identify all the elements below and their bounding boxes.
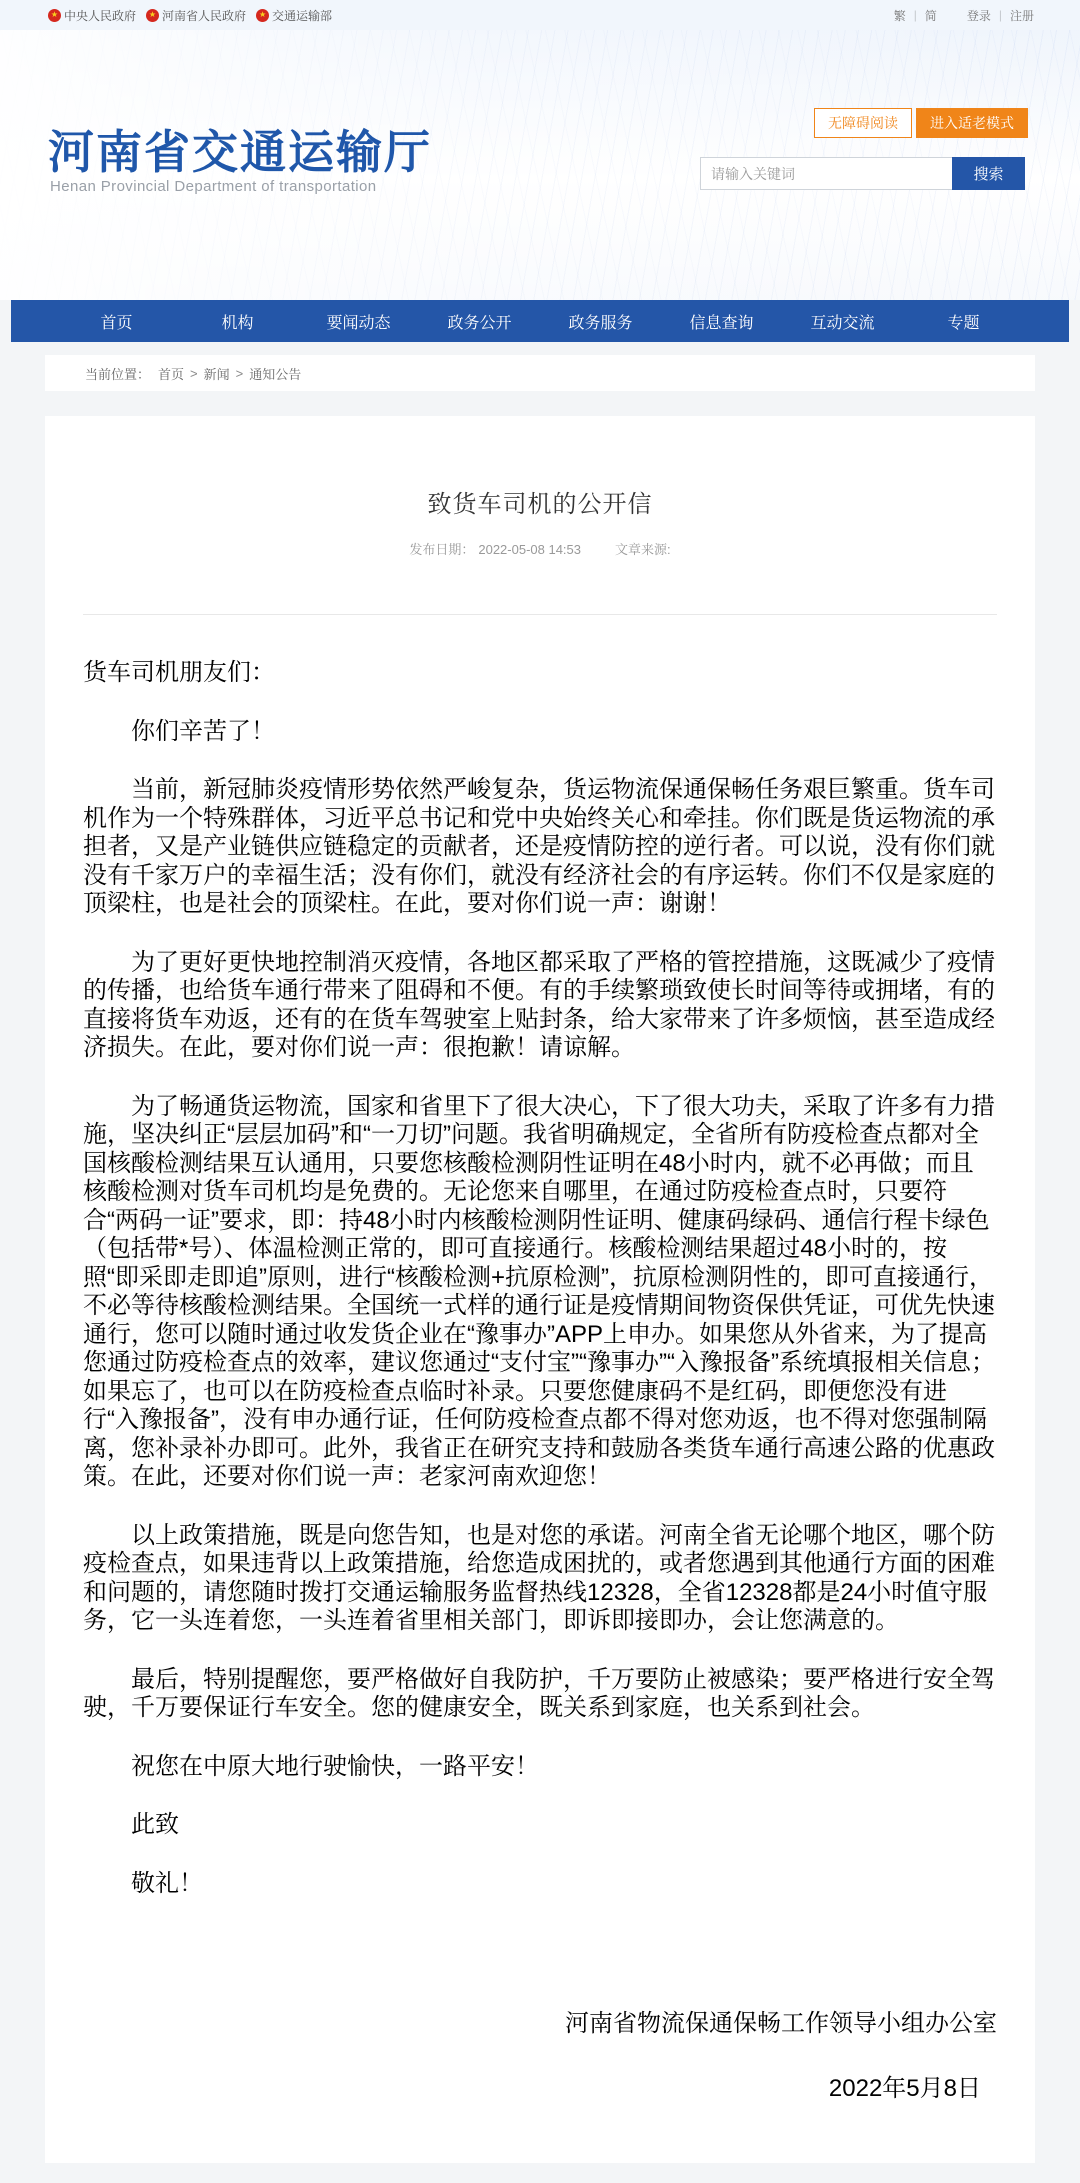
letter-salutation: 货车司机朋友们： xyxy=(83,659,997,688)
topbar-right: 繁 | 简 登录 | 注册 xyxy=(888,7,1040,24)
source-label: 文章来源: xyxy=(615,542,671,557)
divider-line xyxy=(83,614,997,615)
search-bar: 搜索 xyxy=(700,157,1025,190)
nav-item[interactable]: 互动交流 xyxy=(782,310,903,333)
national-emblem-icon: ★ xyxy=(256,9,269,22)
letter-paragraphs: 你们辛苦了！ 当前，新冠肺炎疫情形势依然严峻复杂，货运物流保通保畅任务艰巨繁重。… xyxy=(83,718,997,1899)
publish-date-value: 2022-05-08 14:53 xyxy=(478,542,581,557)
mode-buttons: 无障碍阅读 进入适老模式 xyxy=(814,108,1028,138)
national-emblem-icon: ★ xyxy=(48,9,61,22)
site-header: 河南省交通运输厅 Henan Provincial Department of … xyxy=(0,30,1080,300)
gov-links: ★ 中央人民政府 ★ 河南省人民政府 ★ 交通运输部 xyxy=(48,7,342,24)
login-link[interactable]: 登录 xyxy=(967,7,991,24)
article-card: 致货车司机的公开信 发布日期：2022-05-08 14:53文章来源: 货车司… xyxy=(45,416,1035,2163)
gov-link-label: 中央人民政府 xyxy=(64,7,136,24)
gov-link[interactable]: ★ 交通运输部 xyxy=(256,7,332,24)
letter-paragraph: 敬礼！ xyxy=(83,1870,997,1899)
letter-paragraph: 以上政策措施，既是向您告知，也是对您的承诺。河南全省无论哪个地区，哪个防疫检查点… xyxy=(83,1522,997,1636)
nav-item[interactable]: 首页 xyxy=(56,310,177,333)
nav-item[interactable]: 政务公开 xyxy=(419,310,540,333)
letter-paragraph: 最后，特别提醒您，要严格做好自我防护，千万要防止被感染；要严格进行安全驾驶，千万… xyxy=(83,1666,997,1723)
gov-link-label: 河南省人民政府 xyxy=(162,7,246,24)
register-link[interactable]: 注册 xyxy=(1010,7,1034,24)
lang-traditional-link[interactable]: 繁 xyxy=(894,7,906,24)
letter-signature: 河南省物流保通保畅工作领导小组办公室 xyxy=(83,2010,997,2039)
lang-simplified-link[interactable]: 简 xyxy=(925,7,937,24)
nav-item[interactable]: 信息查询 xyxy=(661,310,782,333)
article-meta: 发布日期：2022-05-08 14:53文章来源: xyxy=(83,539,997,558)
elder-mode-button[interactable]: 进入适老模式 xyxy=(916,108,1028,138)
letter-paragraph: 此致 xyxy=(83,1811,997,1840)
letter-paragraph: 为了更好更快地控制消灭疫情，各地区都采取了严格的管控措施，这既减少了疫情的传播，… xyxy=(83,949,997,1063)
search-button[interactable]: 搜索 xyxy=(952,157,1025,190)
publish-date-label: 发布日期： xyxy=(409,542,474,557)
article-title: 致货车司机的公开信 xyxy=(83,484,997,519)
letter-paragraph: 为了畅通货运物流，国家和省里下了很大决心，下了很大功夫，采取了许多有力措施，坚决… xyxy=(83,1093,997,1492)
top-utility-bar: ★ 中央人民政府 ★ 河南省人民政府 ★ 交通运输部 繁 | 简 登录 | 注册 xyxy=(0,0,1080,30)
gov-link-label: 交通运输部 xyxy=(272,7,332,24)
breadcrumb-separator: > xyxy=(236,366,244,381)
nav-item[interactable]: 要闻动态 xyxy=(298,310,419,333)
main-nav: 首页 机构 要闻动态 政务公开 政务服务 信息查询 互动交流 专题 xyxy=(11,300,1069,342)
letter-paragraph: 你们辛苦了！ xyxy=(83,718,997,747)
article-body: 货车司机朋友们： 你们辛苦了！ 当前，新冠肺炎疫情形势依然严峻复杂，货运物流保通… xyxy=(83,659,997,2103)
accessibility-reading-button[interactable]: 无障碍阅读 xyxy=(814,108,912,138)
gov-link[interactable]: ★ 中央人民政府 xyxy=(48,7,136,24)
breadcrumb-prefix: 当前位置： xyxy=(85,364,150,383)
site-subtitle: Henan Provincial Department of transport… xyxy=(50,178,377,195)
breadcrumb-link[interactable]: 通知公告 xyxy=(249,364,301,383)
nav-item[interactable]: 机构 xyxy=(177,310,298,333)
letter-date: 2022年5月8日 xyxy=(83,2075,997,2104)
breadcrumb-link[interactable]: 新闻 xyxy=(204,364,230,383)
site-title[interactable]: 河南省交通运输厅 xyxy=(48,116,432,182)
nav-item[interactable]: 专题 xyxy=(903,310,1024,333)
letter-paragraph: 祝您在中原大地行驶愉快，一路平安！ xyxy=(83,1753,997,1782)
breadcrumb-separator: > xyxy=(190,366,198,381)
divider: | xyxy=(914,8,917,22)
breadcrumb-link[interactable]: 首页 xyxy=(158,364,184,383)
search-input[interactable] xyxy=(700,157,952,190)
gov-link[interactable]: ★ 河南省人民政府 xyxy=(146,7,246,24)
nav-item[interactable]: 政务服务 xyxy=(540,310,661,333)
breadcrumb: 当前位置： 首页 > 新闻 > 通知公告 xyxy=(45,355,1035,391)
letter-paragraph: 当前，新冠肺炎疫情形势依然严峻复杂，货运物流保通保畅任务艰巨繁重。货车司机作为一… xyxy=(83,776,997,919)
divider: | xyxy=(999,8,1002,22)
breadcrumb-items: 首页 > 新闻 > 通知公告 xyxy=(158,364,313,383)
national-emblem-icon: ★ xyxy=(146,9,159,22)
